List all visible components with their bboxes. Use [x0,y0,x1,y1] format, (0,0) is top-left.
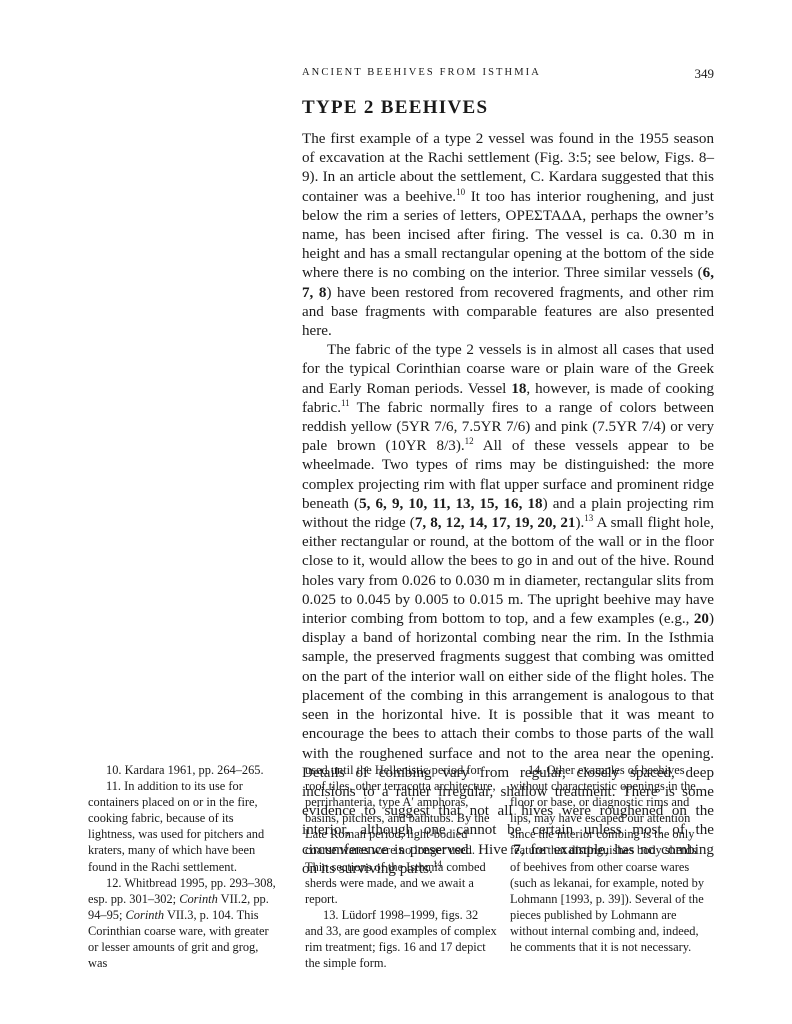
body-paragraph: The first example of a type 2 vessel was… [302,130,714,341]
footnote-continuation: used until the Hellenistic period for ro… [305,762,497,907]
footnote-reference: 12 [465,436,474,446]
footnote: 12. Whitbread 1995, pp. 293–308, esp. pp… [88,875,280,972]
footnote-column-1: 10. Kardara 1961, pp. 264–265.11. In add… [88,762,280,971]
text-run: used until the Hellenistic period for ro… [305,763,496,906]
page-number: 349 [695,66,715,82]
footnote-reference: 11 [341,398,350,408]
footnote-column-2: used until the Hellenistic period for ro… [305,762,497,971]
text-run: 11. In addition to its use for container… [88,779,264,873]
running-head: ANCIENT BEEHIVES FROM ISTHMIA 349 [302,67,714,83]
footnote: 11. In addition to its use for container… [88,778,280,875]
text-run: ) have been restored from recovered frag… [302,285,714,339]
text-run: A small flight hole, either rectangular … [302,515,714,627]
text-run: ). [575,515,584,531]
footnote: 14. Other examples of beehives without c… [510,762,706,955]
catalog-number: 20 [694,611,709,627]
running-title: ANCIENT BEEHIVES FROM ISTHMIA [302,67,541,78]
italic-title: Corinth [126,908,165,922]
footnote-reference: 10 [456,187,465,197]
catalog-number: 7, 8, 12, 14, 17, 19, 20, 21 [415,515,576,531]
footnote-column-3: 14. Other examples of beehives without c… [510,762,706,955]
footnote-reference: 13 [584,513,593,523]
text-run: 14. Other examples of beehives without c… [510,763,704,954]
italic-title: Corinth [179,892,218,906]
footnote: 13. Lüdorf 1998–1999, figs. 32 and 33, a… [305,907,497,971]
text-run: 13. Lüdorf 1998–1999, figs. 32 and 33, a… [305,908,497,970]
catalog-number: 18 [511,381,526,397]
footnote: 10. Kardara 1961, pp. 264–265. [88,762,280,778]
text-run: 10. Kardara 1961, pp. 264–265. [106,763,264,777]
section-title: TYPE 2 BEEHIVES [302,97,488,119]
catalog-number: 5, 6, 9, 10, 11, 13, 15, 16, 18 [359,496,542,512]
